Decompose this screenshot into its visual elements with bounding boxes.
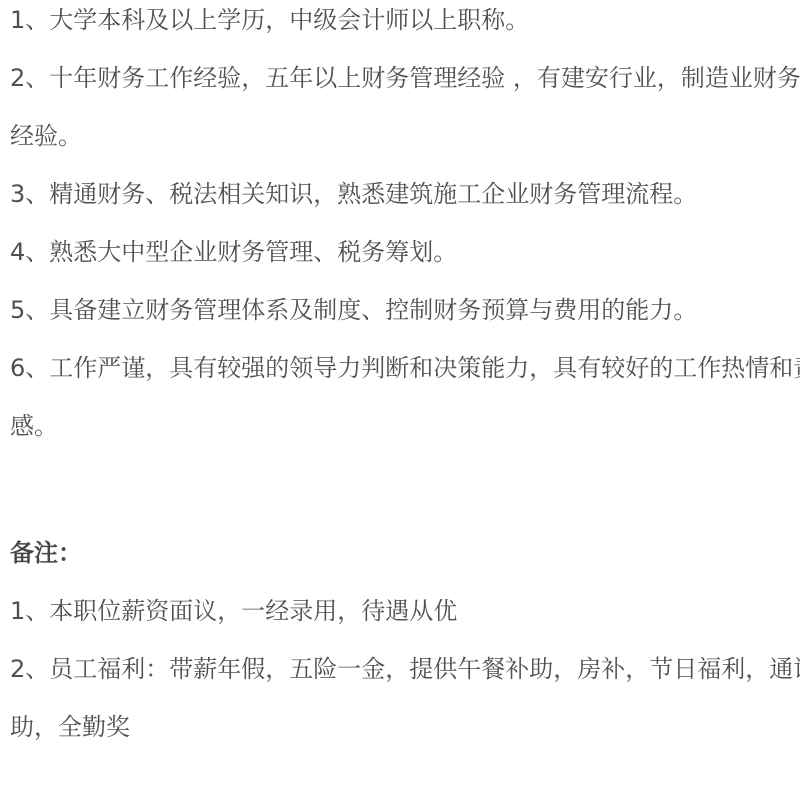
requirement-line-1: 1、大学本科及以上学历，中级会计师以上职称。	[10, 0, 790, 49]
note-line-1: 1、本职位薪资面议，一经录用，待遇从优	[10, 582, 790, 640]
requirement-line-3: 3、精通财务、税法相关知识，熟悉建筑施工企业财务管理流程。	[10, 165, 790, 223]
requirements-section: 1、大学本科及以上学历，中级会计师以上职称。 2、十年财务工作经验，五年以上财务…	[10, 0, 790, 455]
requirement-line-5: 5、具备建立财务管理体系及制度、控制财务预算与费用的能力。	[10, 281, 790, 339]
requirement-line-2: 2、十年财务工作经验，五年以上财务管理经验 ，有建安行业，制造业财务管理	[10, 49, 790, 107]
section-spacer	[10, 455, 790, 524]
requirement-line-2-continuation: 经验。	[10, 107, 790, 165]
notes-section: 备注： 1、本职位薪资面议，一经录用，待遇从优 2、员工福利：带薪年假，五险一金…	[10, 524, 790, 756]
note-line-2-continuation: 助，全勤奖	[10, 698, 790, 756]
requirement-line-6: 6、工作严谨，具有较强的领导力判断和决策能力，具有较好的工作热情和责任	[10, 339, 790, 397]
note-line-2: 2、员工福利：带薪年假，五险一金，提供午餐补助，房补，节日福利，通讯补	[10, 640, 790, 698]
requirement-line-4: 4、熟悉大中型企业财务管理、税务筹划。	[10, 223, 790, 281]
requirement-line-6-continuation: 感。	[10, 397, 790, 455]
notes-heading: 备注：	[10, 524, 790, 582]
job-description-document: 1、大学本科及以上学历，中级会计师以上职称。 2、十年财务工作经验，五年以上财务…	[0, 0, 800, 756]
